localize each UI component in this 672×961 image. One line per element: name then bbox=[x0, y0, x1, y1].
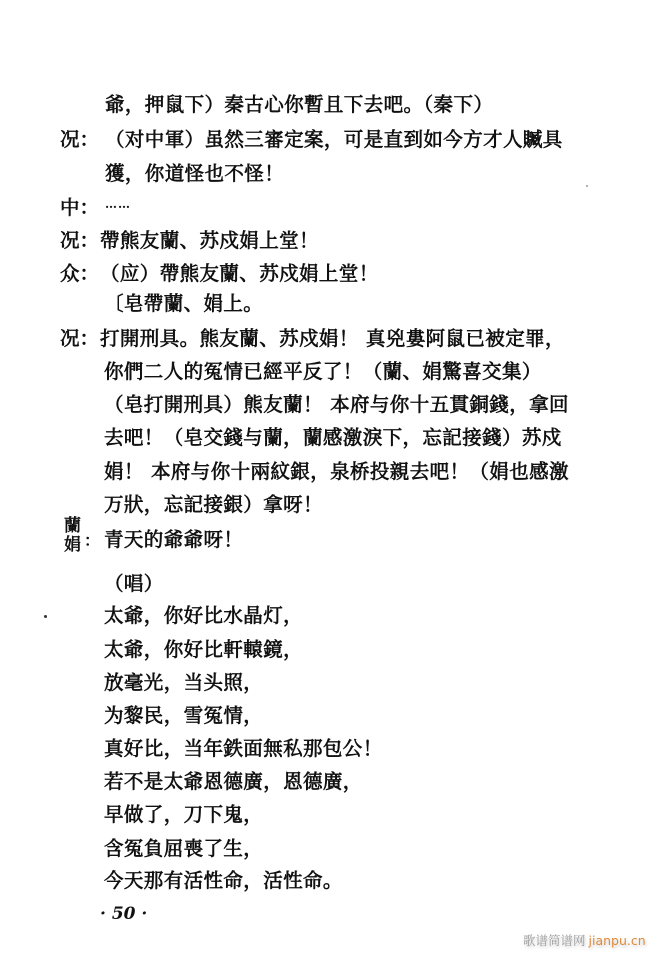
watermark: 歌谱简谱网jianpu.cn bbox=[523, 931, 646, 949]
stage-direction: 〔皂帶蘭、娟上。 bbox=[104, 292, 263, 316]
watermark-site: 歌谱简谱网 bbox=[523, 933, 586, 948]
lyric-line: 太爺，你好比軒轅鏡， bbox=[104, 638, 303, 662]
script-line: …… bbox=[105, 192, 131, 216]
script-line: 青天的爺爺呀！ bbox=[104, 528, 243, 552]
lyric-line: 早做了，刀下鬼， bbox=[104, 803, 263, 827]
watermark-url: jianpu.cn bbox=[589, 933, 646, 948]
scanned-page: 爺，押鼠下）秦古心你暫且下去吧。（秦下） 况： （对中軍）虽然三審定案，可是直到… bbox=[0, 0, 672, 961]
script-line: （应）帶熊友蘭、苏戍娟上堂！ bbox=[100, 262, 379, 286]
script-line: 獲，你道怪也不怪！ bbox=[105, 162, 284, 186]
script-line: 去吧！（皂交錢与蘭，蘭感激淚下，忘記接錢）苏戍 bbox=[104, 426, 562, 450]
page-number: · 50 · bbox=[100, 904, 147, 924]
lyric-line: 放毫光，当头照， bbox=[104, 671, 263, 695]
speaker-label: 况： bbox=[60, 128, 99, 152]
stacked-speaker-label: 蘭 娟 bbox=[64, 517, 84, 555]
speaker-bottom: 娟 bbox=[64, 536, 84, 555]
script-line: 万狀，忘記接銀）拿呀！ bbox=[104, 493, 323, 517]
scan-speck bbox=[44, 615, 47, 618]
speaker-label: 众： bbox=[60, 262, 99, 286]
script-line: （对中軍）虽然三審定案，可是直到如今方才人贓具 bbox=[105, 128, 563, 152]
speaker-label: 况： bbox=[60, 327, 99, 351]
lyric-line: 若不是太爺恩德廣，恩德廣， bbox=[104, 770, 363, 794]
speaker-label: 况： bbox=[60, 229, 99, 253]
lyric-line: 含冤負屈喪了生， bbox=[104, 837, 263, 861]
script-line: 你們二人的冤情已經平反了！（蘭、娟驚喜交集） bbox=[104, 360, 542, 384]
scan-speck bbox=[586, 185, 588, 187]
speaker-colon: ： bbox=[84, 528, 100, 551]
lyric-line: 为黎民，雪冤情， bbox=[104, 704, 263, 728]
speaker-top: 蘭 bbox=[64, 517, 84, 536]
script-line: 爺，押鼠下）秦古心你暫且下去吧。（秦下） bbox=[105, 93, 493, 117]
lyric-line: 太爺，你好比水晶灯， bbox=[104, 604, 303, 628]
sing-marker: （唱） bbox=[104, 572, 164, 596]
script-line: 帶熊友蘭、苏戍娟上堂！ bbox=[100, 229, 319, 253]
lyric-line: 真好比，当年鉄面無私那包公！ bbox=[104, 737, 383, 761]
speaker-label: 中： bbox=[60, 196, 99, 220]
script-line: 娟！ 本府与你十兩紋銀，泉桥投親去吧！（娟也感激 bbox=[104, 460, 569, 484]
script-line: 打開刑具。熊友蘭、苏戍娟！ 真兇婁阿鼠已被定罪， bbox=[100, 327, 565, 351]
lyric-line: 今天那有活性命，活性命。 bbox=[104, 869, 343, 893]
script-line: （皂打開刑具）熊友蘭！ 本府与你十五貫銅錢，拿回 bbox=[104, 393, 569, 417]
